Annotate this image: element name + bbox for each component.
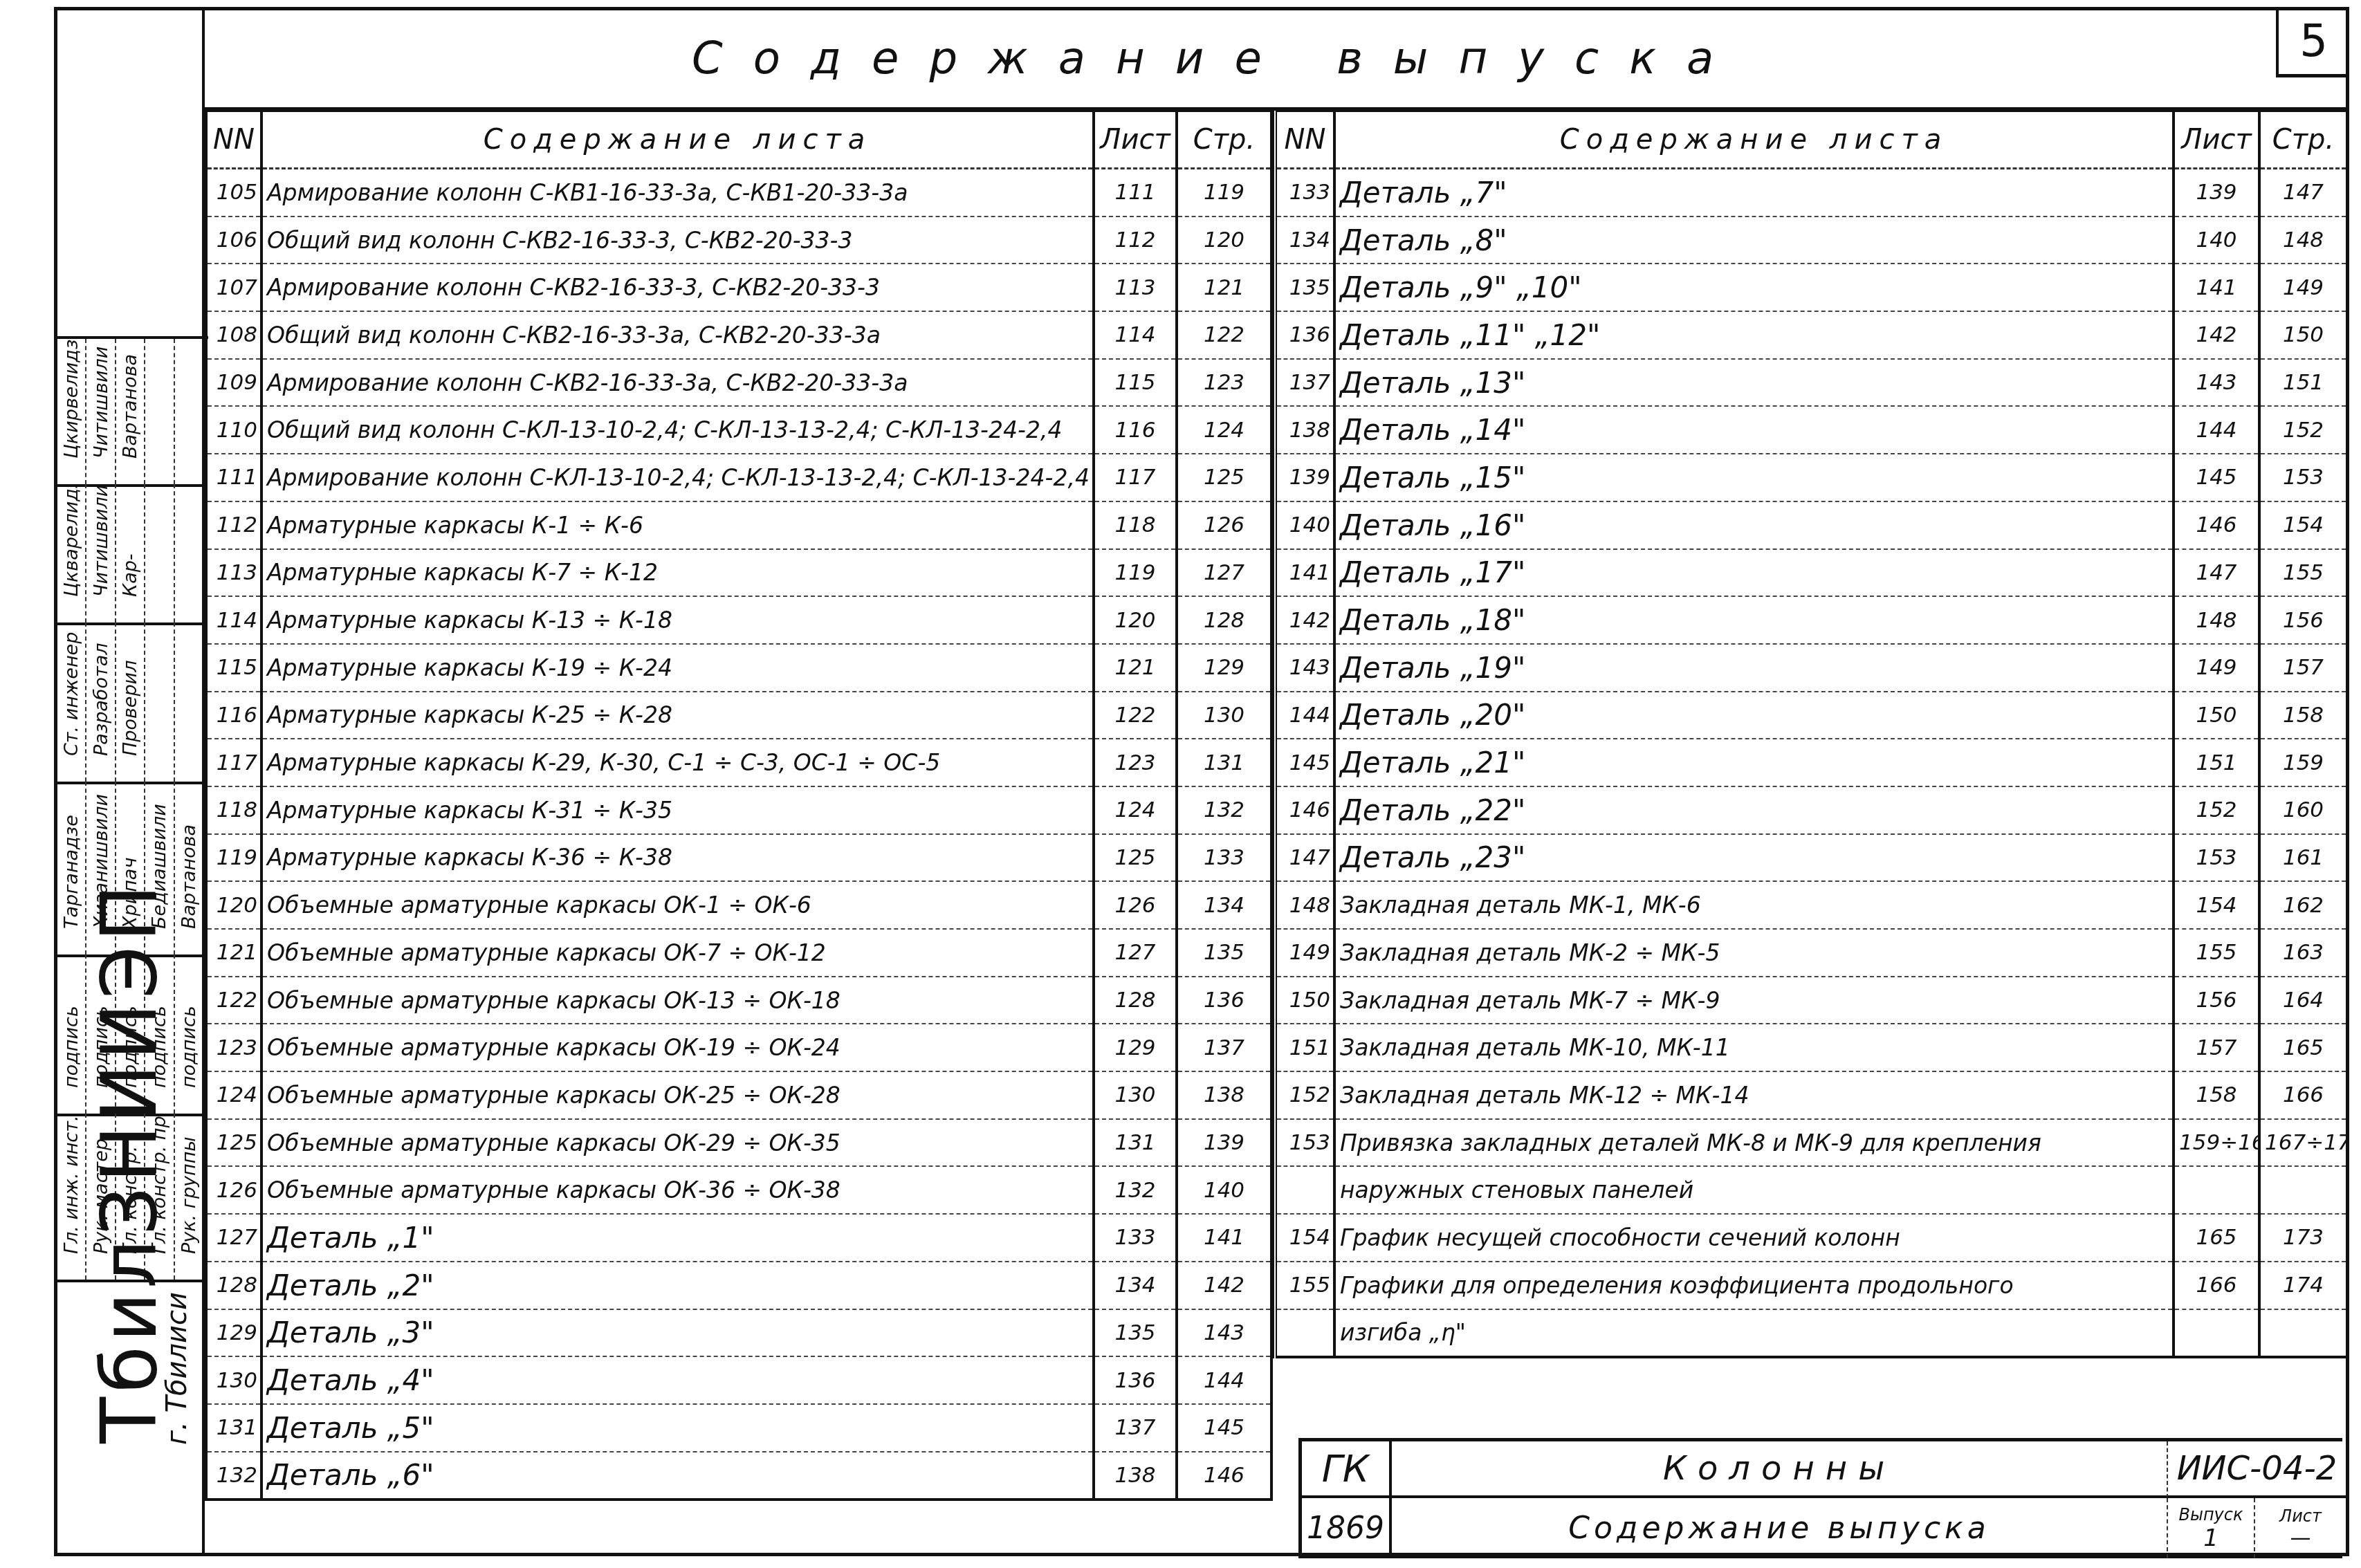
row-number: 118 bbox=[206, 786, 261, 834]
row-sheet: 112 bbox=[1094, 216, 1177, 264]
row-number: 144 bbox=[1275, 692, 1334, 739]
title-block-issue: Выпуск 1 bbox=[2167, 1498, 2255, 1558]
table-row: 116Арматурные каркасы К-25 ÷ К-28122130 bbox=[206, 692, 1271, 739]
stamp-signature-cell: Цкварелидзе bbox=[57, 484, 86, 622]
row-number: 148 bbox=[1275, 881, 1334, 929]
row-description: Арматурные каркасы К-13 ÷ К-18 bbox=[261, 596, 1094, 644]
contents-table-right: NN Содержание листа Лист Стр. 133Деталь … bbox=[1273, 109, 2349, 1358]
row-sheet: 127 bbox=[1094, 929, 1177, 977]
row-page: 158 bbox=[2259, 692, 2347, 739]
table-header-row: NN Содержание листа Лист Стр. bbox=[1275, 111, 2347, 169]
row-page: 160 bbox=[2259, 786, 2347, 834]
row-description: наружных стеновых панелей bbox=[1334, 1166, 2174, 1214]
table-row: 129Деталь „3"135143 bbox=[206, 1309, 1271, 1357]
row-page: 141 bbox=[1177, 1214, 1271, 1262]
row-sheet: 150 bbox=[2174, 692, 2259, 739]
stamp-name-cell bbox=[145, 339, 174, 484]
row-description: Арматурные каркасы К-1 ÷ К-6 bbox=[261, 501, 1094, 549]
row-sheet: 154 bbox=[2174, 881, 2259, 929]
row-description: Привязка закладных деталей МК-8 и МК-9 д… bbox=[1334, 1119, 2174, 1167]
row-sheet: 141 bbox=[2174, 264, 2259, 311]
stamp-name: Тарганадзе bbox=[61, 815, 82, 929]
row-number: 120 bbox=[206, 881, 261, 929]
row-page: 154 bbox=[2259, 501, 2347, 549]
row-page: 127 bbox=[1177, 549, 1271, 597]
row-number: 127 bbox=[206, 1214, 261, 1262]
row-number: 109 bbox=[206, 359, 261, 407]
row-sheet: 115 bbox=[1094, 359, 1177, 407]
row-number: 137 bbox=[1275, 359, 1334, 407]
row-number: 113 bbox=[206, 549, 261, 597]
table-row: 137Деталь „13"143151 bbox=[1275, 359, 2347, 407]
title-block-sheet: Лист — bbox=[2255, 1498, 2346, 1558]
row-number: 128 bbox=[206, 1262, 261, 1309]
row-page: 152 bbox=[2259, 406, 2347, 454]
row-description: Деталь „14" bbox=[1334, 406, 2174, 454]
stamp-role-cell bbox=[145, 622, 174, 782]
stamp-signature-cell bbox=[145, 484, 174, 622]
stamp-signature-cell: Кар- bbox=[116, 484, 145, 622]
row-number: 133 bbox=[1275, 169, 1334, 216]
stamp-role: Проверил bbox=[120, 661, 141, 756]
table-row: 109Армирование колонн С-КВ2-16-33-3а, С-… bbox=[206, 359, 1271, 407]
row-sheet: 152 bbox=[2174, 786, 2259, 834]
row-number: 142 bbox=[1275, 596, 1334, 644]
stamp-name: Читишвили bbox=[90, 347, 111, 459]
row-number: 141 bbox=[1275, 549, 1334, 597]
row-page: 134 bbox=[1177, 881, 1271, 929]
row-page: 161 bbox=[2259, 834, 2347, 882]
row-sheet: 144 bbox=[2174, 406, 2259, 454]
row-description: Арматурные каркасы К-31 ÷ К-35 bbox=[261, 786, 1094, 834]
organization-city: г. Тбилиси bbox=[161, 1292, 193, 1445]
row-sheet: 131 bbox=[1094, 1119, 1177, 1167]
row-sheet: 125 bbox=[1094, 834, 1177, 882]
stamp-name: Вартанова bbox=[120, 354, 141, 459]
row-sheet: 119 bbox=[1094, 549, 1177, 597]
row-number bbox=[1275, 1309, 1334, 1358]
table-row: 111Армирование колонн С-КЛ-13-10-2,4; С-… bbox=[206, 454, 1271, 501]
row-sheet: 114 bbox=[1094, 311, 1177, 359]
row-number: 155 bbox=[1275, 1262, 1334, 1309]
row-page: 144 bbox=[1177, 1356, 1271, 1404]
row-description: Деталь „5" bbox=[261, 1404, 1094, 1452]
row-page bbox=[2259, 1309, 2347, 1358]
row-description: Объемные арматурные каркасы ОК-36 ÷ ОК-3… bbox=[261, 1166, 1094, 1214]
row-page: 149 bbox=[2259, 264, 2347, 311]
row-sheet: 142 bbox=[2174, 311, 2259, 359]
row-sheet bbox=[2174, 1309, 2259, 1358]
table-row: 107Армирование колонн С-КВ2-16-33-3, С-К… bbox=[206, 264, 1271, 311]
table-row: 108Общий вид колонн С-КВ2-16-33-3а, С-КВ… bbox=[206, 311, 1271, 359]
stamp-name-cell: Цкирвелидзе bbox=[57, 339, 86, 484]
stamp-signature: подпись bbox=[178, 1006, 199, 1088]
row-description: Деталь „7" bbox=[1334, 169, 2174, 216]
row-sheet: 151 bbox=[2174, 739, 2259, 786]
row-sheet: 121 bbox=[1094, 644, 1177, 692]
row-description: Деталь „8" bbox=[1334, 216, 2174, 264]
row-page: 155 bbox=[2259, 549, 2347, 597]
row-description: Деталь „20" bbox=[1334, 692, 2174, 739]
row-sheet: 135 bbox=[1094, 1309, 1177, 1357]
row-number: 134 bbox=[1275, 216, 1334, 264]
row-page: 148 bbox=[2259, 216, 2347, 264]
row-number: 135 bbox=[1275, 264, 1334, 311]
row-description: Общий вид колонн С-КВ2-16-33-3а, С-КВ2-2… bbox=[261, 311, 1094, 359]
row-sheet: 123 bbox=[1094, 739, 1177, 786]
stamp-signature-cell: подпись bbox=[57, 954, 86, 1114]
table-row: 125Объемные арматурные каркасы ОК-29 ÷ О… bbox=[206, 1119, 1271, 1167]
row-page: 164 bbox=[2259, 977, 2347, 1024]
stamp-blank-area bbox=[57, 7, 208, 339]
column-header-content: Содержание листа bbox=[261, 111, 1094, 169]
table-row: 122Объемные арматурные каркасы ОК-13 ÷ О… bbox=[206, 977, 1271, 1024]
row-number: 116 bbox=[206, 692, 261, 739]
stamp-name-cell: Читишвили bbox=[86, 339, 116, 484]
stamp-name: Цкирвелидзе bbox=[61, 339, 82, 459]
row-description: Деталь „3" bbox=[261, 1309, 1094, 1357]
table-row: изгиба „η" bbox=[1275, 1309, 2347, 1358]
table-row: 152Закладная деталь МК-12 ÷ МК-14158166 bbox=[1275, 1071, 2347, 1119]
row-sheet: 111 bbox=[1094, 169, 1177, 216]
row-description: Армирование колонн С-КВ2-16-33-3, С-КВ2-… bbox=[261, 264, 1094, 311]
row-number: 114 bbox=[206, 596, 261, 644]
row-number: 154 bbox=[1275, 1214, 1334, 1262]
table-row: 134Деталь „8"140148 bbox=[1275, 216, 2347, 264]
row-number: 132 bbox=[206, 1452, 261, 1500]
column-header-sheet: Лист bbox=[2174, 111, 2259, 169]
approval-stamp: ЦкирвелидзеЧитишвилиВартанова Цкварелидз… bbox=[54, 7, 205, 1553]
title-block-name: Колонны bbox=[1392, 1441, 2167, 1498]
row-description: Деталь „21" bbox=[1334, 739, 2174, 786]
row-page: 153 bbox=[2259, 454, 2347, 501]
table-row: 144Деталь „20"150158 bbox=[1275, 692, 2347, 739]
column-header-nn: NN bbox=[206, 111, 261, 169]
table-row: 154График несущей способности сечений ко… bbox=[1275, 1214, 2347, 1262]
row-description: Деталь „2" bbox=[261, 1262, 1094, 1309]
row-page: 120 bbox=[1177, 216, 1271, 264]
row-description: Армирование колонн С-КЛ-13-10-2,4; С-КЛ-… bbox=[261, 454, 1094, 501]
row-page: 137 bbox=[1177, 1024, 1271, 1071]
row-number: 107 bbox=[206, 264, 261, 311]
row-sheet: 148 bbox=[2174, 596, 2259, 644]
row-number: 108 bbox=[206, 311, 261, 359]
table-row: 143Деталь „19"149157 bbox=[1275, 644, 2347, 692]
stamp-signature-cell bbox=[175, 484, 203, 622]
row-page: 136 bbox=[1177, 977, 1271, 1024]
row-number: 136 bbox=[1275, 311, 1334, 359]
table-row: 140Деталь „16"146154 bbox=[1275, 501, 2347, 549]
row-sheet: 138 bbox=[1094, 1452, 1177, 1500]
table-row: 142Деталь „18"148156 bbox=[1275, 596, 2347, 644]
table-row: 148Закладная деталь МК-1, МК-6154162 bbox=[1275, 881, 2347, 929]
table-row: 139Деталь „15"145153 bbox=[1275, 454, 2347, 501]
row-page: 123 bbox=[1177, 359, 1271, 407]
table-row: 110Общий вид колонн С-КЛ-13-10-2,4; С-КЛ… bbox=[206, 406, 1271, 454]
row-number: 139 bbox=[1275, 454, 1334, 501]
row-sheet: 166 bbox=[2174, 1262, 2259, 1309]
column-header-content: Содержание листа bbox=[1334, 111, 2174, 169]
row-sheet: 124 bbox=[1094, 786, 1177, 834]
row-page: 162 bbox=[2259, 881, 2347, 929]
table-row: 145Деталь „21"151159 bbox=[1275, 739, 2347, 786]
row-description: Закладная деталь МК-7 ÷ МК-9 bbox=[1334, 977, 2174, 1024]
stamp-role-cell: Гл. инж. инст. bbox=[57, 1114, 86, 1280]
row-sheet: 145 bbox=[2174, 454, 2259, 501]
table-row: 149Закладная деталь МК-2 ÷ МК-5155163 bbox=[1275, 929, 2347, 977]
row-number: 105 bbox=[206, 169, 261, 216]
table-row: 155Графики для определения коэффициента … bbox=[1275, 1262, 2347, 1309]
row-sheet: 133 bbox=[1094, 1214, 1177, 1262]
row-page: 129 bbox=[1177, 644, 1271, 692]
row-number: 106 bbox=[206, 216, 261, 264]
row-description: Деталь „22" bbox=[1334, 786, 2174, 834]
row-sheet: 157 bbox=[2174, 1024, 2259, 1071]
title-block: ГК 1869 Колонны Содержание выпуска ИИС-0… bbox=[1298, 1438, 2342, 1558]
page-title: Содержание выпуска bbox=[692, 33, 2283, 102]
stamp-name-cell bbox=[175, 339, 203, 484]
row-description: Армирование колонн С-КВ2-16-33-3а, С-КВ2… bbox=[261, 359, 1094, 407]
row-number: 152 bbox=[1275, 1071, 1334, 1119]
row-page: 138 bbox=[1177, 1071, 1271, 1119]
table-row: 151Закладная деталь МК-10, МК-11157165 bbox=[1275, 1024, 2347, 1071]
row-description: Деталь „19" bbox=[1334, 644, 2174, 692]
row-page: 131 bbox=[1177, 739, 1271, 786]
sheet-value: — bbox=[2290, 1526, 2311, 1550]
row-number: 131 bbox=[206, 1404, 261, 1452]
organization-block: ТбилЗНИИЭП г. Тбилиси bbox=[57, 1280, 203, 1553]
row-sheet: 158 bbox=[2174, 1071, 2259, 1119]
stamp-signature: подпись bbox=[61, 1006, 82, 1088]
sheet-label: Лист bbox=[2279, 1506, 2322, 1526]
stamp-role-cell: Рук. группы bbox=[175, 1114, 203, 1280]
row-number: 112 bbox=[206, 501, 261, 549]
table-row: 153Привязка закладных деталей МК-8 и МК-… bbox=[1275, 1119, 2347, 1167]
row-page: 150 bbox=[2259, 311, 2347, 359]
row-number: 125 bbox=[206, 1119, 261, 1167]
table-row: 115Арматурные каркасы К-19 ÷ К-24121129 bbox=[206, 644, 1271, 692]
table-row: 128Деталь „2"134142 bbox=[206, 1262, 1271, 1309]
row-sheet: 139 bbox=[2174, 169, 2259, 216]
table-row: 121Объемные арматурные каркасы ОК-7 ÷ ОК… bbox=[206, 929, 1271, 977]
title-block-series: ИИС-04-2 bbox=[2167, 1441, 2346, 1498]
row-page: 133 bbox=[1177, 834, 1271, 882]
row-description: Закладная деталь МК-2 ÷ МК-5 bbox=[1334, 929, 2174, 977]
row-sheet: 146 bbox=[2174, 501, 2259, 549]
row-number: 149 bbox=[1275, 929, 1334, 977]
table-row: 127Деталь „1"133141 bbox=[206, 1214, 1271, 1262]
stamp-name-cell: Вартанова bbox=[175, 782, 203, 954]
row-number: 140 bbox=[1275, 501, 1334, 549]
row-description: Деталь „6" bbox=[261, 1452, 1094, 1500]
row-number: 115 bbox=[206, 644, 261, 692]
row-number: 145 bbox=[1275, 739, 1334, 786]
row-sheet: 147 bbox=[2174, 549, 2259, 597]
table-row: 147Деталь „23"153161 bbox=[1275, 834, 2347, 882]
row-description: Закладная деталь МК-10, МК-11 bbox=[1334, 1024, 2174, 1071]
title-block-year: 1869 bbox=[1302, 1498, 1392, 1558]
stamp-signature: Читишвили bbox=[90, 485, 111, 597]
row-page: 126 bbox=[1177, 501, 1271, 549]
row-page: 124 bbox=[1177, 406, 1271, 454]
table-row: 123Объемные арматурные каркасы ОК-19 ÷ О… bbox=[206, 1024, 1271, 1071]
row-sheet: 129 bbox=[1094, 1024, 1177, 1071]
row-description: Графики для определения коэффициента про… bbox=[1334, 1262, 2174, 1309]
row-number: 111 bbox=[206, 454, 261, 501]
row-sheet: 120 bbox=[1094, 596, 1177, 644]
table-row: 112Арматурные каркасы К-1 ÷ К-6118126 bbox=[206, 501, 1271, 549]
row-description: Деталь „4" bbox=[261, 1356, 1094, 1404]
column-header-nn: NN bbox=[1275, 111, 1334, 169]
table-row: 130Деталь „4"136144 bbox=[206, 1356, 1271, 1404]
row-page: 157 bbox=[2259, 644, 2347, 692]
table-row: 106Общий вид колонн С-КВ2-16-33-3, С-КВ2… bbox=[206, 216, 1271, 264]
row-page: 122 bbox=[1177, 311, 1271, 359]
row-page: 121 bbox=[1177, 264, 1271, 311]
row-sheet: 122 bbox=[1094, 692, 1177, 739]
row-number: 121 bbox=[206, 929, 261, 977]
row-description: Деталь „1" bbox=[261, 1214, 1094, 1262]
row-sheet: 137 bbox=[1094, 1404, 1177, 1452]
row-description: Арматурные каркасы К-7 ÷ К-12 bbox=[261, 549, 1094, 597]
row-description: Общий вид колонн С-КВ2-16-33-3, С-КВ2-20… bbox=[261, 216, 1094, 264]
row-description: Закладная деталь МК-12 ÷ МК-14 bbox=[1334, 1071, 2174, 1119]
row-description: Арматурные каркасы К-19 ÷ К-24 bbox=[261, 644, 1094, 692]
row-description: Объемные арматурные каркасы ОК-19 ÷ ОК-2… bbox=[261, 1024, 1094, 1071]
row-sheet: 156 bbox=[2174, 977, 2259, 1024]
row-sheet: 117 bbox=[1094, 454, 1177, 501]
row-sheet: 153 bbox=[2174, 834, 2259, 882]
table-row: 150Закладная деталь МК-7 ÷ МК-9156164 bbox=[1275, 977, 2347, 1024]
row-sheet: 140 bbox=[2174, 216, 2259, 264]
stamp-signature-cell: Читишвили bbox=[86, 484, 116, 622]
row-page: 125 bbox=[1177, 454, 1271, 501]
row-sheet: 132 bbox=[1094, 1166, 1177, 1214]
stamp-role-cell bbox=[175, 622, 203, 782]
table-row: 141Деталь „17"147155 bbox=[1275, 549, 2347, 597]
row-sheet: 143 bbox=[2174, 359, 2259, 407]
row-description: изгиба „η" bbox=[1334, 1309, 2174, 1358]
row-description: Объемные арматурные каркасы ОК-1 ÷ ОК-6 bbox=[261, 881, 1094, 929]
row-number: 126 bbox=[206, 1166, 261, 1214]
stamp-signature: Кар- bbox=[120, 553, 141, 597]
row-number bbox=[1275, 1166, 1334, 1214]
stamp-name-cell: Тарганадзе bbox=[57, 782, 86, 954]
issue-label: Выпуск bbox=[2179, 1505, 2243, 1524]
organization-name: ТбилЗНИИЭП bbox=[85, 880, 174, 1444]
table-row: 114Арматурные каркасы К-13 ÷ К-18120128 bbox=[206, 596, 1271, 644]
row-number: 150 bbox=[1275, 977, 1334, 1024]
row-sheet: 134 bbox=[1094, 1262, 1177, 1309]
stamp-signature: Цкварелидзе bbox=[61, 484, 82, 597]
row-description: Объемные арматурные каркасы ОК-29 ÷ ОК-3… bbox=[261, 1119, 1094, 1167]
table-row: 120Объемные арматурные каркасы ОК-1 ÷ ОК… bbox=[206, 881, 1271, 929]
row-description: Закладная деталь МК-1, МК-6 bbox=[1334, 881, 2174, 929]
row-description: Деталь „23" bbox=[1334, 834, 2174, 882]
table-row: 135Деталь „9" „10"141149 bbox=[1275, 264, 2347, 311]
table-row: 105Армирование колонн С-КВ1-16-33-3а, С-… bbox=[206, 169, 1271, 216]
row-number: 146 bbox=[1275, 786, 1334, 834]
row-description: Объемные арматурные каркасы ОК-13 ÷ ОК-1… bbox=[261, 977, 1094, 1024]
row-description: Деталь „16" bbox=[1334, 501, 2174, 549]
row-page: 132 bbox=[1177, 786, 1271, 834]
row-number: 117 bbox=[206, 739, 261, 786]
table-row: 138Деталь „14"144152 bbox=[1275, 406, 2347, 454]
stamp-role-cell: Ст. инженер bbox=[57, 622, 86, 782]
contents-table-left: NN Содержание листа Лист Стр. 105Армиров… bbox=[205, 109, 1273, 1501]
row-sheet bbox=[2174, 1166, 2259, 1214]
row-number: 151 bbox=[1275, 1024, 1334, 1071]
row-description: Арматурные каркасы К-36 ÷ К-38 bbox=[261, 834, 1094, 882]
row-number: 130 bbox=[206, 1356, 261, 1404]
table-row: 146Деталь „22"152160 bbox=[1275, 786, 2347, 834]
stamp-role: Разработал bbox=[90, 643, 111, 756]
table-row: 126Объемные арматурные каркасы ОК-36 ÷ О… bbox=[206, 1166, 1271, 1214]
table-row: 136Деталь „11" „12"142150 bbox=[1275, 311, 2347, 359]
row-number: 129 bbox=[206, 1309, 261, 1357]
row-number: 147 bbox=[1275, 834, 1334, 882]
row-page: 167÷172 bbox=[2259, 1119, 2347, 1167]
row-page: 119 bbox=[1177, 169, 1271, 216]
row-sheet: 159÷164 bbox=[2174, 1119, 2259, 1167]
row-number: 124 bbox=[206, 1071, 261, 1119]
row-sheet: 126 bbox=[1094, 881, 1177, 929]
row-page: 130 bbox=[1177, 692, 1271, 739]
stamp-role: Рук. группы bbox=[178, 1136, 199, 1254]
row-number: 123 bbox=[206, 1024, 261, 1071]
row-number: 143 bbox=[1275, 644, 1334, 692]
row-page bbox=[2259, 1166, 2347, 1214]
issue-value: 1 bbox=[2203, 1524, 2218, 1552]
stamp-name: Вартанова bbox=[178, 824, 199, 929]
row-page: 135 bbox=[1177, 929, 1271, 977]
table-row: 132Деталь „6"138146 bbox=[206, 1452, 1271, 1500]
table-row: наружных стеновых панелей bbox=[1275, 1166, 2347, 1214]
stamp-upper-signatures: ЦкварелидзеЧитишвилиКар- bbox=[57, 484, 203, 625]
row-description: Армирование колонн С-КВ1-16-33-3а, С-КВ1… bbox=[261, 169, 1094, 216]
stamp-upper-roles: Ст. инженерРазработалПроверил bbox=[57, 622, 203, 782]
row-page: 140 bbox=[1177, 1166, 1271, 1214]
stamp-role: Ст. инженер bbox=[61, 632, 82, 756]
stamp-role-cell: Проверил bbox=[116, 622, 145, 782]
row-description: График несущей способности сечений колон… bbox=[1334, 1214, 2174, 1262]
row-sheet: 165 bbox=[2174, 1214, 2259, 1262]
row-page: 128 bbox=[1177, 596, 1271, 644]
column-header-sheet: Лист bbox=[1094, 111, 1177, 169]
stamp-upper-names: ЦкирвелидзеЧитишвилиВартанова bbox=[57, 339, 203, 487]
row-description: Арматурные каркасы К-29, К-30, С-1 ÷ С-3… bbox=[261, 739, 1094, 786]
table-row: 117Арматурные каркасы К-29, К-30, С-1 ÷ … bbox=[206, 739, 1271, 786]
row-page: 151 bbox=[2259, 359, 2347, 407]
row-page: 139 bbox=[1177, 1119, 1271, 1167]
stamp-signature-cell: подпись bbox=[175, 954, 203, 1114]
row-description: Деталь „11" „12" bbox=[1334, 311, 2174, 359]
row-description: Общий вид колонн С-КЛ-13-10-2,4; С-КЛ-13… bbox=[261, 406, 1094, 454]
stamp-role: Гл. инж. инст. bbox=[61, 1115, 82, 1254]
row-page: 165 bbox=[2259, 1024, 2347, 1071]
row-number: 153 bbox=[1275, 1119, 1334, 1167]
row-description: Арматурные каркасы К-25 ÷ К-28 bbox=[261, 692, 1094, 739]
row-sheet: 136 bbox=[1094, 1356, 1177, 1404]
row-page: 143 bbox=[1177, 1309, 1271, 1357]
row-description: Деталь „9" „10" bbox=[1334, 264, 2174, 311]
table-header-row: NN Содержание листа Лист Стр. bbox=[206, 111, 1271, 169]
row-page: 156 bbox=[2259, 596, 2347, 644]
column-header-page: Стр. bbox=[1177, 111, 1271, 169]
table-row: 124Объемные арматурные каркасы ОК-25 ÷ О… bbox=[206, 1071, 1271, 1119]
row-page: 159 bbox=[2259, 739, 2347, 786]
row-number: 119 bbox=[206, 834, 261, 882]
